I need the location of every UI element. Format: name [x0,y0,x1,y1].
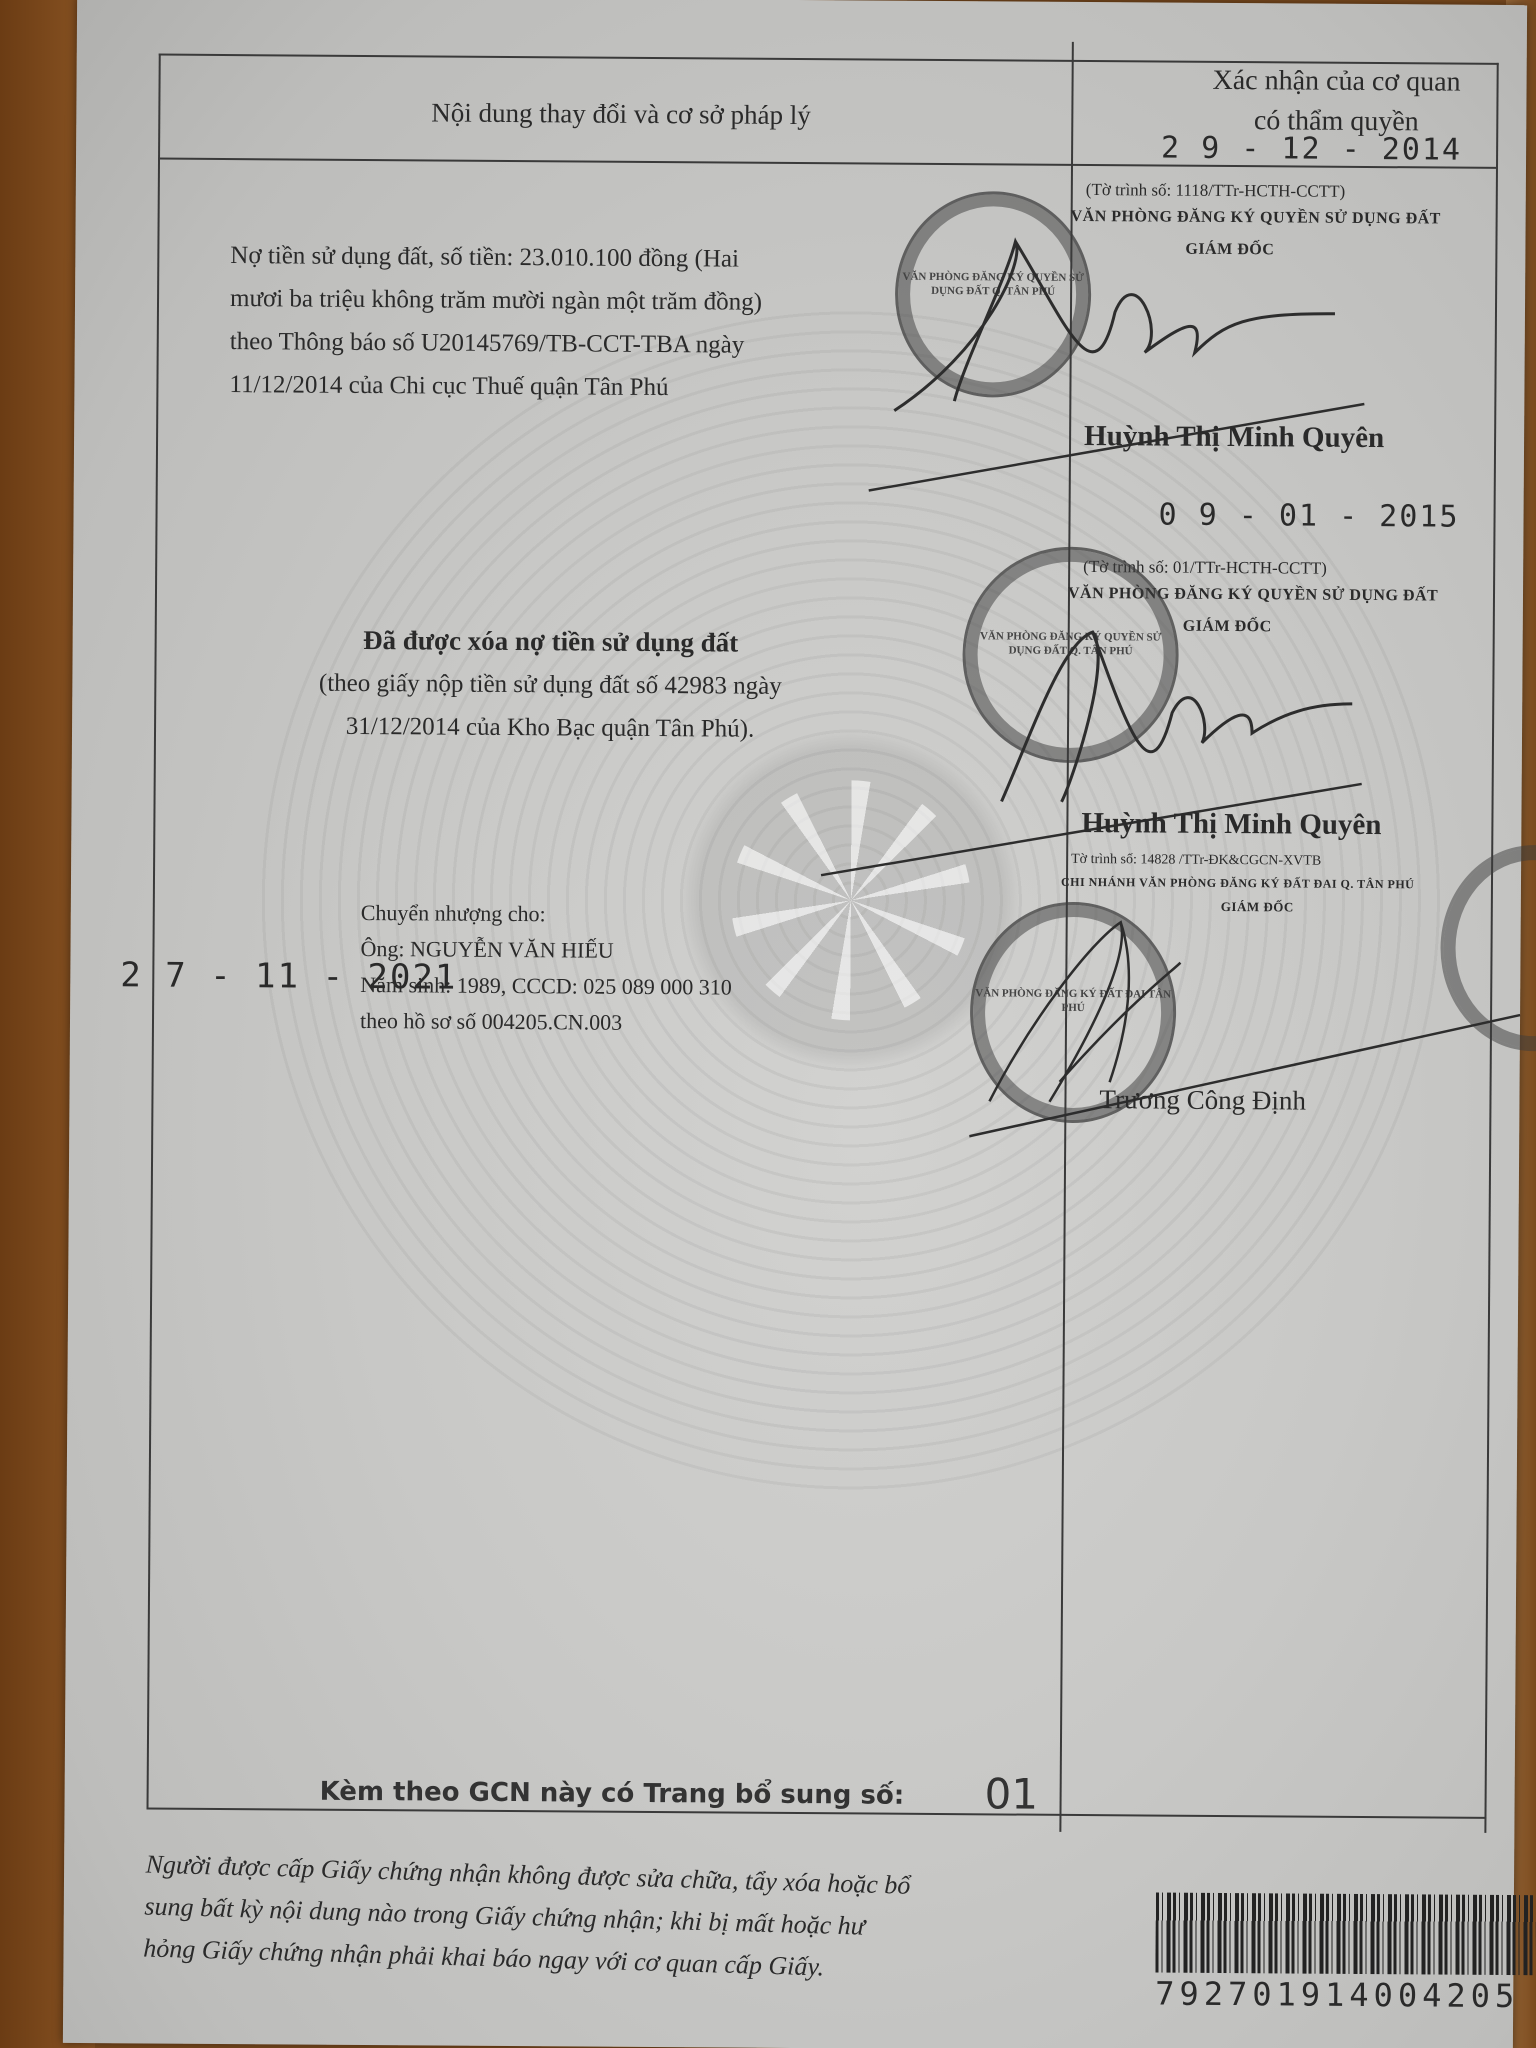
entry-2-content: Đã được xóa nợ tiền sử dụng đất (theo gi… [200,618,901,752]
entry-1-signer-name: Huỳnh Thị Minh Quyên [1084,420,1384,455]
column-header-changes: Nội dung thay đổi và cơ sở pháp lý [431,97,811,131]
entry-3-reference: Tờ trình số: 14828 /TTr-ĐK&CGCN-XVTB [1071,852,1321,870]
entry-1-reference: (Tờ trình số: 1118/TTr-HCTH-CCTT) [1086,180,1346,202]
entry-2-date-stamp: 0 9 - 01 - 2015 [1158,498,1459,535]
footer-warning: Người được cấp Giấy chứng nhận không đượ… [143,1843,1046,1994]
attachment-note: Kèm theo GCN này có Trang bổ sung số: [320,1777,905,1811]
entry-1-date-stamp: 2 9 - 12 - 2014 [1161,131,1462,168]
table-border-left [147,54,161,1809]
entry-3-signer-name: Trương Công Định [1099,1084,1306,1116]
barcode-icon [1155,1893,1536,1976]
entry-3-office: CHI NHÁNH VĂN PHÒNG ĐĂNG KÝ ĐẤT ĐAI Q. T… [1061,875,1414,892]
barcode-number: 792701914004205 [1155,1975,1535,2016]
entry-3-content: Chuyển nhượng cho: Ông: NGUYỄN VĂN HIẾU … [360,895,961,1043]
land-certificate-page: Nội dung thay đổi và cơ sở pháp lý Xác n… [63,0,1527,2048]
entry-1-signature [864,200,1386,504]
attachment-page-number: 01 [984,1769,1038,1818]
entry-2-signer-name: Huỳnh Thị Minh Quyên [1081,807,1381,842]
